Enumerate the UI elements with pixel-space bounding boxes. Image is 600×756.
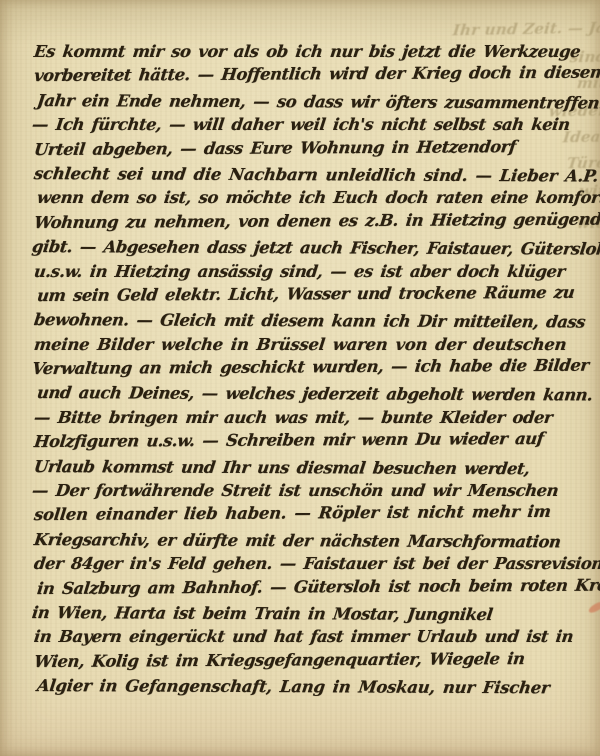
letter-body: Es kommt mir so vor als ob ich nur bis j… xyxy=(34,40,586,699)
letter-line: Algier in Gefangenschaft, Lang in Moskau… xyxy=(35,674,587,701)
letter-line: vorbereitet hätte. — Hoffentlich wird de… xyxy=(33,61,588,89)
red-edge-mark xyxy=(587,601,600,615)
letter-line: Kriegsarchiv, er dürfte mit der nächsten… xyxy=(32,528,587,555)
letter-line: Wien, Kolig ist im Kriegsgefangenquartie… xyxy=(33,646,588,674)
letter-line: und auch Deines, — welches jederzeit abg… xyxy=(35,381,587,408)
letter-line: sollen einander lieb haben. — Röpler ist… xyxy=(33,500,588,528)
letter-line: Urteil abgeben, — dass Eure Wohnung in H… xyxy=(33,134,588,162)
letter-line: — Ich fürchte, — will daher weil ich's n… xyxy=(31,113,588,137)
letter-line: Holzfiguren u.s.w. — Schreiben mir wenn … xyxy=(33,427,588,455)
letter-line: um sein Geld elektr. Licht, Wasser und t… xyxy=(36,281,588,309)
letter-line: bewohnen. — Gleich mit diesem kann ich D… xyxy=(32,308,587,335)
letter-line: gibt. — Abgesehen dass jetzt auch Fische… xyxy=(30,235,587,262)
letter-line: in Wien, Harta ist beim Train in Mostar,… xyxy=(30,601,587,628)
letter-line: der 84ger in's Feld gehen. — Faistauer i… xyxy=(33,552,588,576)
verso-text-fragment: Ihr und Zeit. — Ja xyxy=(452,19,600,40)
letter-line: Verwaltung an mich geschickt wurden, — i… xyxy=(31,354,588,382)
letter-line: in Bayern eingerückt und hat fast immer … xyxy=(33,625,588,649)
letter-line: schlecht sei und die Nachbarn unleidlich… xyxy=(32,162,587,189)
letter-line: Jahr ein Ende nehmen, — so dass wir öfte… xyxy=(35,89,587,116)
letter-line: Urlaub kommst und Ihr uns diesmal besuch… xyxy=(32,455,587,482)
letter-page: Ihr und Zeit. — JasindmitwiederIdealTüre… xyxy=(0,0,600,756)
letter-line: Wohnung zu nehmen, von denen es z.B. in … xyxy=(33,207,588,235)
letter-line: in Salzburg am Bahnhof. — Gütersloh ist … xyxy=(36,573,588,601)
letter-line: wenn dem so ist, so möchte ich Euch doch… xyxy=(36,186,588,210)
